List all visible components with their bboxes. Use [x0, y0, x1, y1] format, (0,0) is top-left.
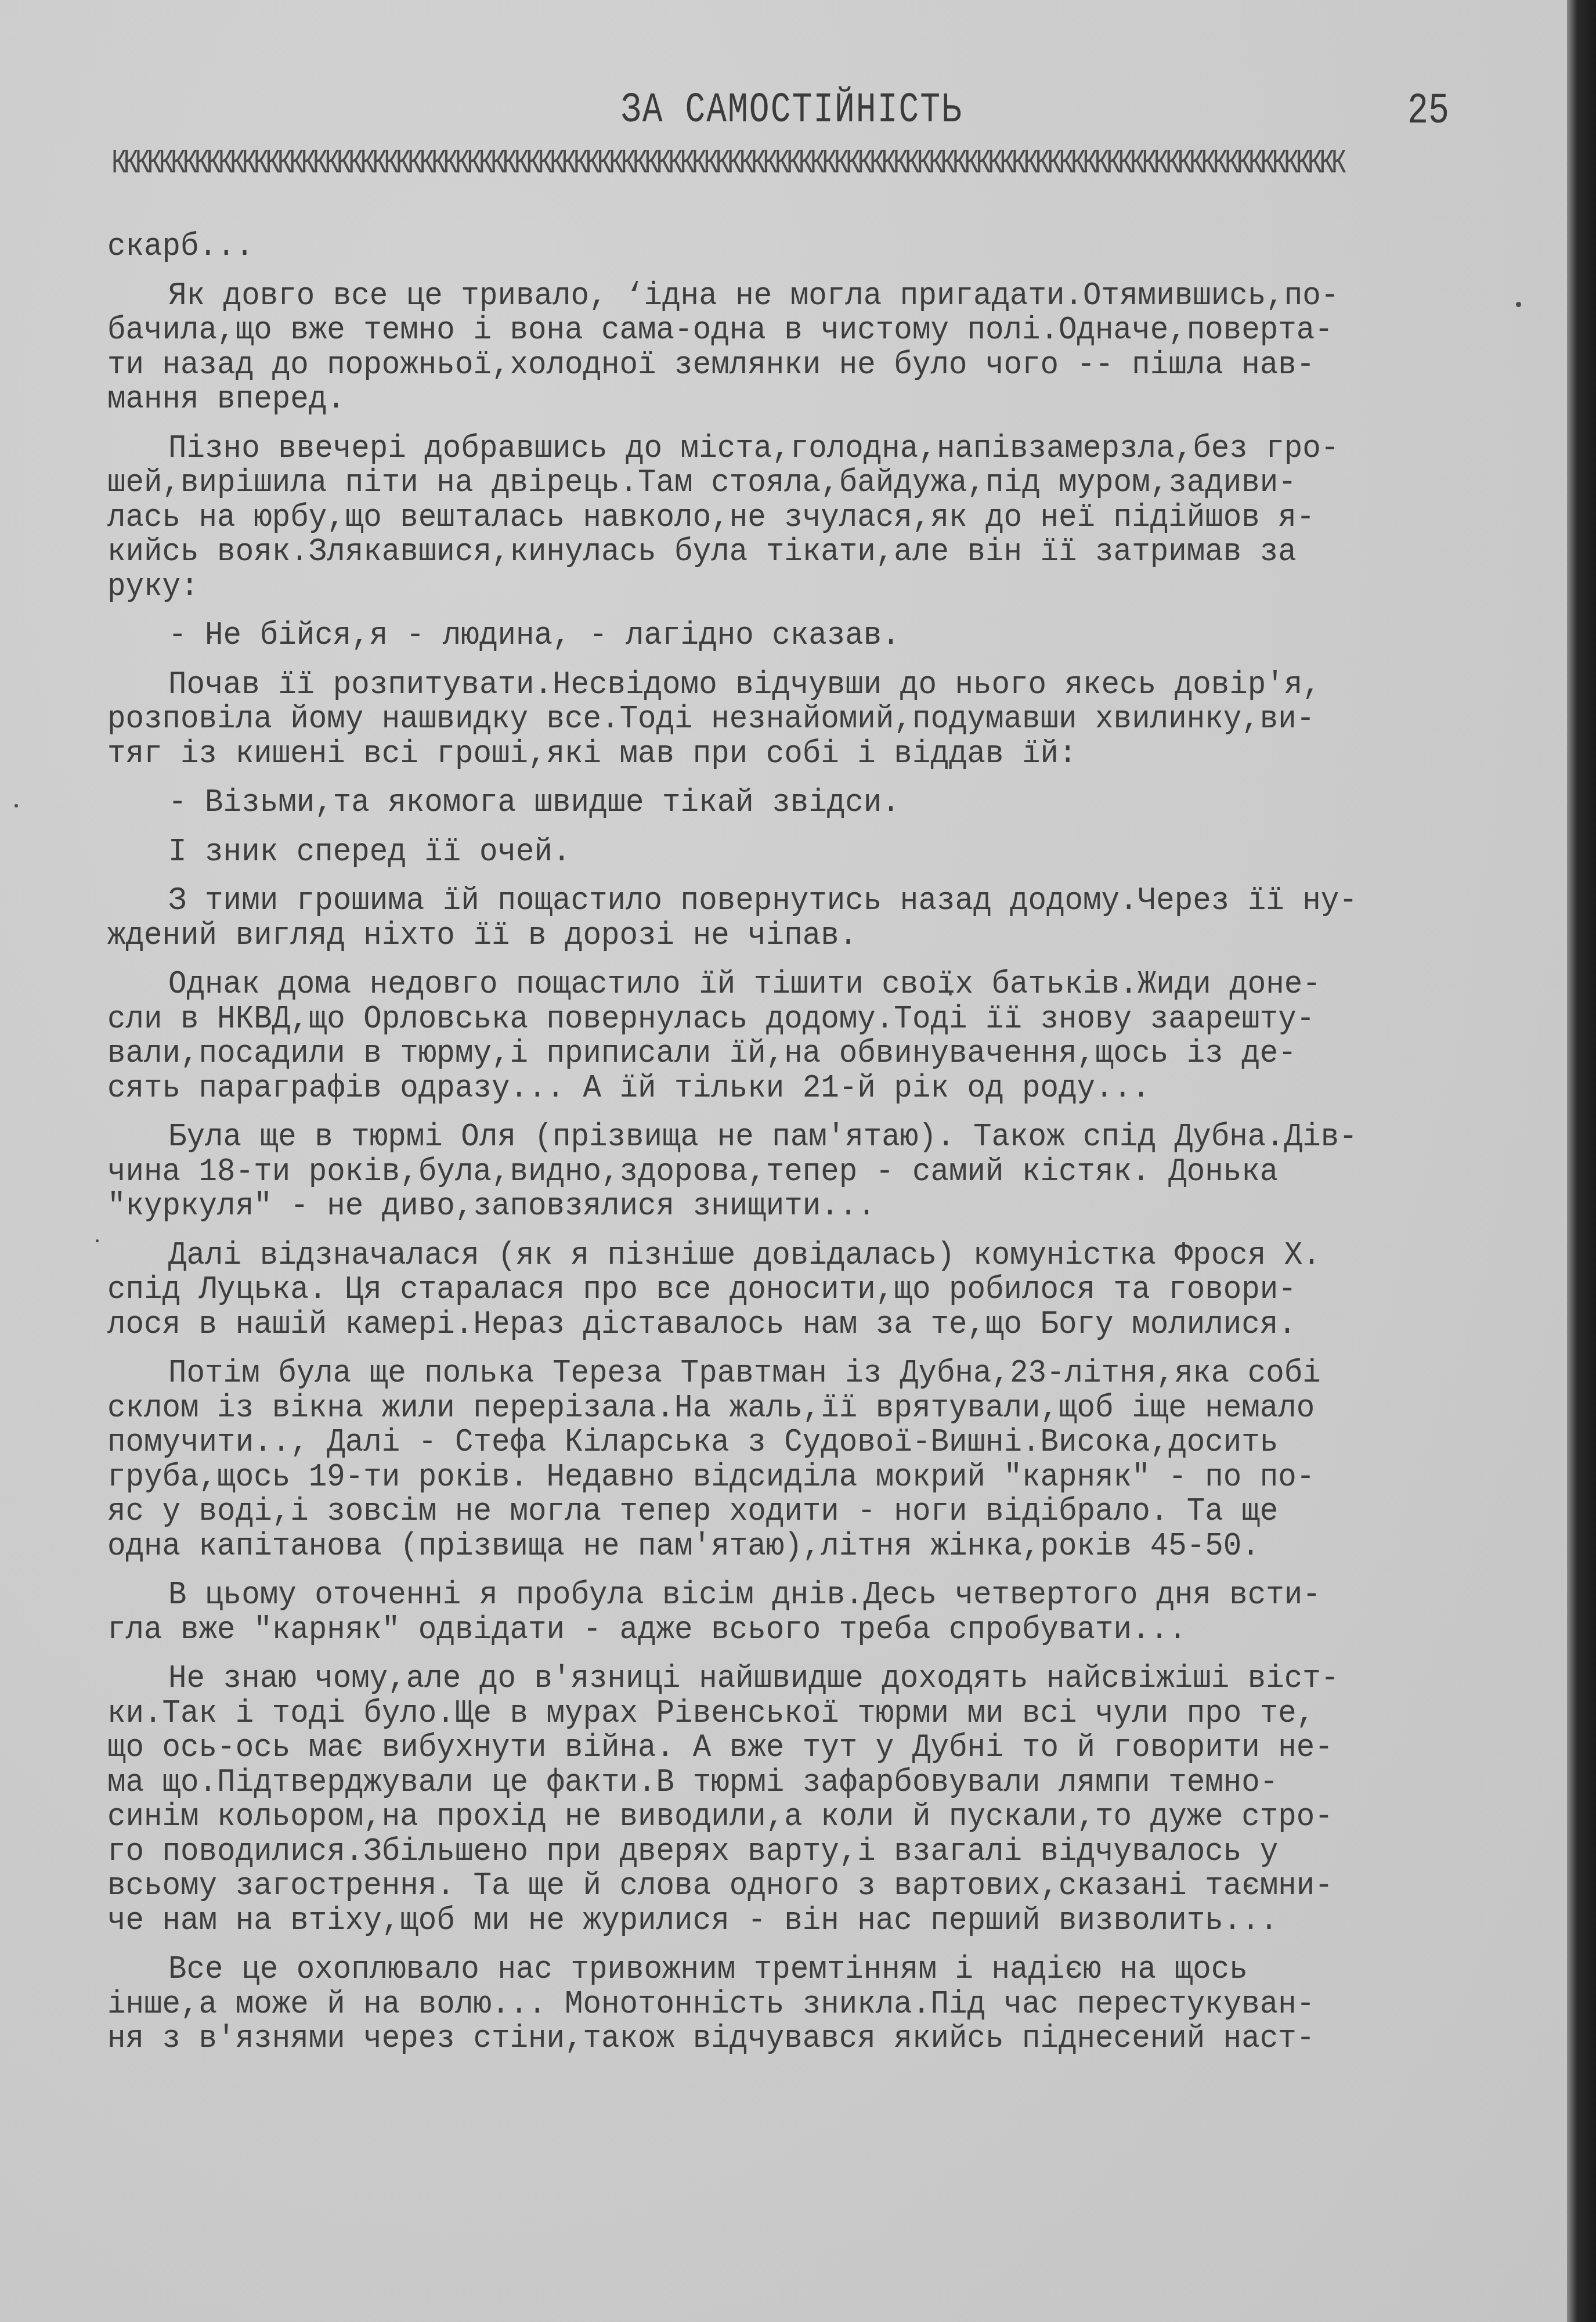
scan-speck: [96, 1239, 99, 1242]
paragraph: З тими грошима їй пощастило повернутись …: [107, 884, 1541, 953]
text-line: че нам на втіху,щоб ми не журилися - він…: [107, 1903, 1476, 1938]
scan-speck: [15, 804, 18, 807]
text-line: сять параграфів одразу... А їй тільки 21…: [107, 1071, 1476, 1106]
text-line: сли в НКВД,що Орловська повернулась додо…: [107, 1002, 1476, 1037]
text-line: ма що.Підтверджували це факти.В тюрмі за…: [107, 1765, 1476, 1800]
paragraph: Все це охоплювало нас тривожним тремтінн…: [107, 1952, 1541, 2056]
text-line: вали,посадили в тюрму,і приписали їй,на …: [107, 1036, 1476, 1071]
paragraph: Як довго все це тривало, ‘ідна не могла …: [107, 279, 1541, 417]
paragraph: В цьому оточенні я пробула вісім днів.Де…: [107, 1578, 1541, 1647]
text-line: мання вперед.: [107, 382, 1476, 417]
text-line: В цьому оточенні я пробула вісім днів.Де…: [107, 1578, 1476, 1613]
paragraph: Однак дома недовго пощастило їй тішити с…: [107, 967, 1541, 1105]
text-line: всьому загострення. Та ще й слова одного…: [107, 1869, 1476, 1903]
text-line: лося в нашій камері.Нераз діставалось на…: [107, 1307, 1476, 1342]
text-line: Почав її розпитувати.Несвідомо відчувши …: [107, 668, 1476, 702]
text-line: що ось-ось має вибухнути війна. А вже ту…: [107, 1730, 1476, 1765]
scan-speck: [949, 993, 952, 996]
text-line: помучити.., Далі - Стефа Кіларська з Суд…: [107, 1425, 1476, 1460]
text-line: Була ще в тюрмі Оля (прізвища не пам'ята…: [107, 1120, 1476, 1155]
text-line: Пізно ввечері добравшись до міста,голодн…: [107, 431, 1476, 466]
text-line: З тими грошима їй пощастило повернутись …: [107, 884, 1476, 918]
text-line: Все це охоплювало нас тривожним тремтінн…: [107, 1952, 1476, 1987]
text-line: Далі відзначалася (як я пізніше довідала…: [107, 1238, 1476, 1273]
text-line: ня з в'язнями через стіни,також відчував…: [107, 2021, 1476, 2056]
text-line: чина 18-ти років,була,видно,здорова,тепе…: [107, 1155, 1476, 1189]
text-line: І зник сперед її очей.: [107, 835, 1476, 870]
text-line: інше,а може й на волю... Монотонність зн…: [107, 1987, 1476, 2022]
running-header: ЗА САМОСТІЙНІСТЬ 25: [0, 87, 1567, 139]
text-line: спід Луцька. Ця старалася про все доноси…: [107, 1272, 1476, 1307]
text-line: - Не бійся,я - людина, - лагідно сказав.: [107, 618, 1476, 653]
scan-speck: [209, 636, 212, 639]
text-line: Однак дома недовго пощастило їй тішити с…: [107, 967, 1476, 1002]
text-line: Потім була ще полька Тереза Травтман із …: [107, 1356, 1476, 1391]
paragraph: Не знаю чому,але до в'язниці найшвидше д…: [107, 1661, 1541, 1938]
paragraph: Була ще в тюрмі Оля (прізвища не пам'ята…: [107, 1120, 1541, 1224]
text-line: синім кольором,на прохід не виводили,а к…: [107, 1800, 1476, 1834]
text-line: руку:: [107, 569, 1476, 604]
text-line: - Візьми,та якомога швидше тікай звідси.: [107, 785, 1476, 820]
scan-speck: [1516, 302, 1521, 307]
text-line: ти назад до порожньої,холодної землянки …: [107, 348, 1476, 383]
typed-ornament-rule: КККККККККККККККККККККККККККККККККККККККК…: [111, 136, 1490, 192]
text-line: "куркуля" - не диво,заповзялися знищити.…: [107, 1189, 1476, 1224]
text-line: розповіла йому нашвидку все.Тоді незнайо…: [107, 702, 1476, 737]
text-line: го поводилися.Збільшено при дверях варту…: [107, 1834, 1476, 1869]
text-line: Як довго все це тривало, ‘ідна не могла …: [107, 279, 1476, 313]
text-line: скарб...: [107, 229, 1476, 264]
text-line: ки.Так і тоді було.Ще в мурах Рівенської…: [107, 1696, 1476, 1731]
binding-edge: [1567, 0, 1596, 2322]
paragraph: І зник сперед її очей.: [107, 835, 1541, 870]
paragraph: - Візьми,та якомога швидше тікай звідси.: [107, 785, 1541, 820]
text-line: гла вже "карняк" одвідати - адже всього …: [107, 1613, 1476, 1647]
text-line: яс у воді,і зовсім не могла тепер ходити…: [107, 1494, 1476, 1529]
paragraph: Почав її розпитувати.Несвідомо відчувши …: [107, 668, 1541, 771]
body-text: скарб... Як довго все це тривало, ‘ідна …: [107, 229, 1541, 2071]
text-line: склом із вікна жили перерізала.На жаль,ї…: [107, 1391, 1476, 1426]
page-number: 25: [1407, 87, 1449, 136]
paragraph: - Не бійся,я - людина, - лагідно сказав.: [107, 618, 1541, 653]
text-line: ждений вигляд ніхто її в дорозі не чіпав…: [107, 918, 1476, 953]
paragraph: Потім була ще полька Тереза Травтман із …: [107, 1356, 1541, 1563]
publication-title: ЗА САМОСТІЙНІСТЬ: [621, 87, 963, 134]
paragraph: Далі відзначалася (як я пізніше довідала…: [107, 1238, 1541, 1342]
scanned-page: ЗА САМОСТІЙНІСТЬ 25 КККККККККККККККККККК…: [0, 0, 1567, 2322]
paragraph: Пізно ввечері добравшись до міста,голодн…: [107, 431, 1541, 604]
text-line: лась на юрбу,що вешталась навколо,не зчу…: [107, 500, 1476, 535]
text-line: груба,щось 19-ти років. Недавно відсиділ…: [107, 1460, 1476, 1495]
paragraph: скарб...: [107, 229, 1541, 264]
text-line: бачила,що вже темно і вона сама-одна в ч…: [107, 313, 1476, 348]
text-line: Не знаю чому,але до в'язниці найшвидше д…: [107, 1661, 1476, 1696]
text-line: кийсь вояк.Злякавшися,кинулась була тіка…: [107, 535, 1476, 569]
text-line: одна капітанова (прізвища не пам'ятаю),л…: [107, 1529, 1476, 1564]
text-line: шей,вирішила піти на двірець.Там стояла,…: [107, 466, 1476, 500]
text-line: тяг із кишені всі гроші,які мав при собі…: [107, 737, 1476, 771]
